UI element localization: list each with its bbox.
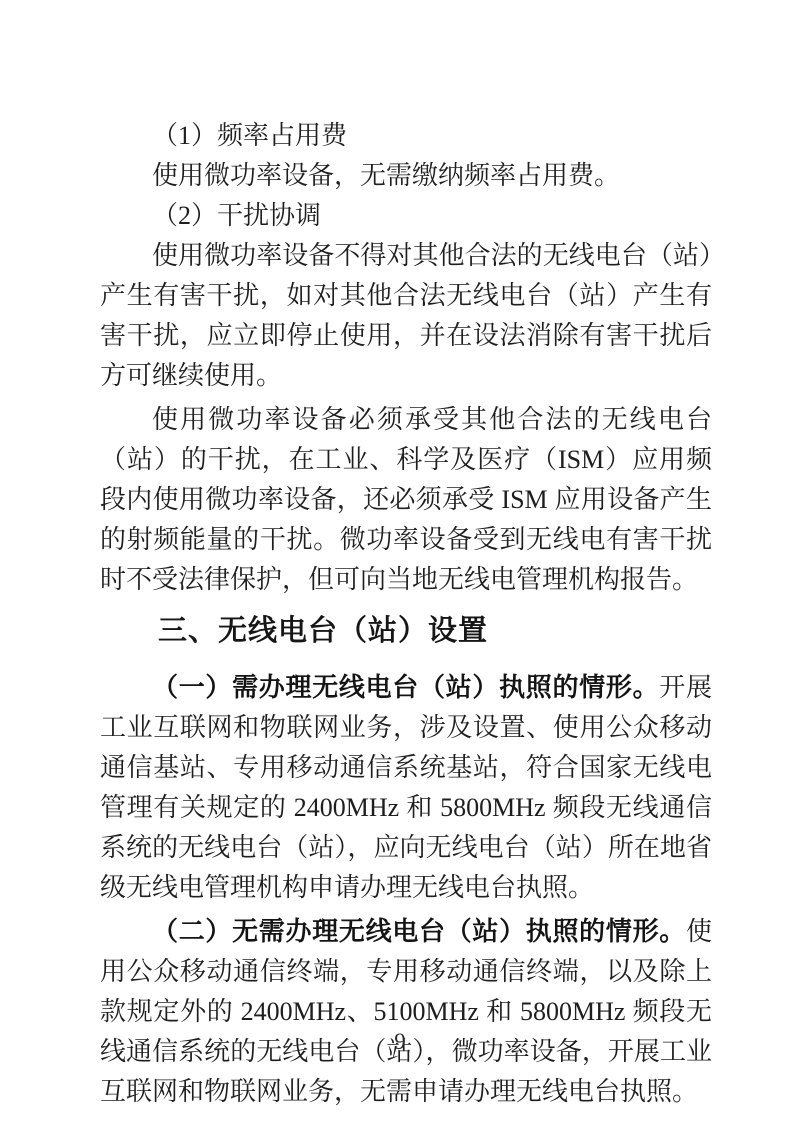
list-item-interference-coordination: （2）干扰协调	[100, 196, 712, 236]
section-heading-station-setup: 三、无线电台（站）设置	[100, 608, 712, 654]
page-number: 9	[0, 1028, 800, 1056]
subheading-license-not-required: （二）无需办理无线电台（站）执照的情形。	[152, 917, 686, 946]
document-page: （1）频率占用费 使用微功率设备，无需缴纳频率占用费。 （2）干扰协调 使用微功…	[0, 0, 800, 1131]
paragraph-license-required: （一）需办理无线电台（站）执照的情形。开展工业互联网和物联网业务，涉及设置、使用…	[100, 668, 712, 908]
document-body: （1）频率占用费 使用微功率设备，无需缴纳频率占用费。 （2）干扰协调 使用微功…	[100, 116, 712, 1112]
subheading-license-required: （一）需办理无线电台（站）执照的情形。	[152, 673, 659, 702]
list-item-frequency-fee: （1）频率占用费	[100, 116, 712, 156]
paragraph-license-not-required: （二）无需办理无线电台（站）执照的情形。使用公众移动通信终端，专用移动通信终端，…	[100, 912, 712, 1112]
text-license-required: 开展工业互联网和物联网业务，涉及设置、使用公众移动通信基站、专用移动通信系统基站…	[100, 673, 712, 902]
paragraph-interference-2: 使用微功率设备必须承受其他合法的无线电台（站）的干扰，在工业、科学及医疗（ISM…	[100, 400, 712, 600]
paragraph-frequency-fee: 使用微功率设备，无需缴纳频率占用费。	[100, 156, 712, 196]
paragraph-interference-1: 使用微功率设备不得对其他合法的无线电台（站）产生有害干扰，如对其他合法无线电台（…	[100, 236, 712, 396]
